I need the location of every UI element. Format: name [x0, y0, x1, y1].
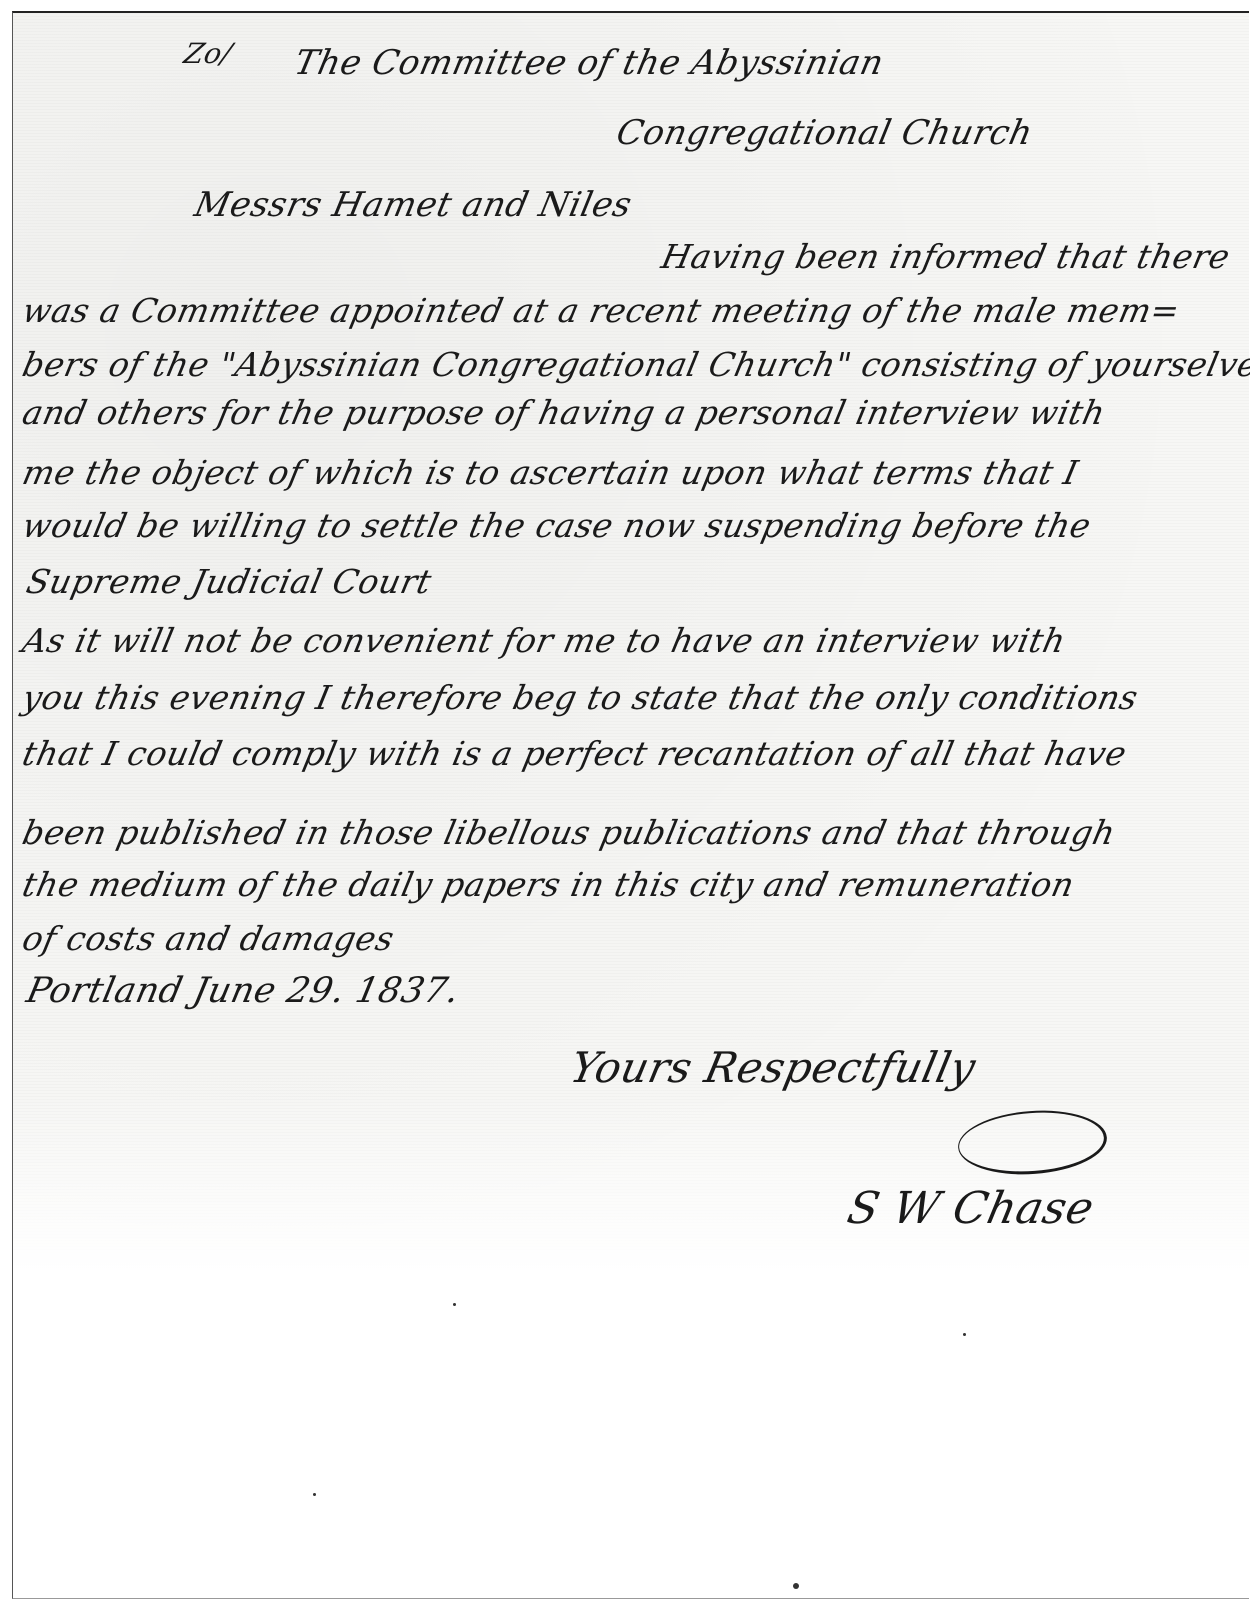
body-line: would be willing to settle the case now … — [19, 506, 1095, 545]
signature: S W Chase — [843, 1183, 1099, 1234]
body-line: bers of the "Abyssinian Congregational C… — [19, 345, 1250, 384]
salutation: Messrs Hamet and Niles — [191, 185, 635, 225]
body-line: and others for the purpose of having a p… — [19, 393, 1109, 432]
body-line: you this evening I therefore beg to stat… — [19, 678, 1142, 717]
body-line: Having been informed that there — [658, 237, 1234, 276]
body-line: of costs and damages — [19, 919, 398, 958]
ink-speck — [313, 1493, 316, 1496]
body-line: Supreme Judicial Court — [23, 562, 435, 601]
dateline: Portland June 29. 1837. — [23, 971, 463, 1011]
closing: Yours Respectfully — [566, 1043, 980, 1092]
body-line: the medium of the daily papers in this c… — [19, 865, 1078, 904]
address-line-1: The Committee of the Abyssinian — [291, 43, 887, 83]
body-line: As it will not be convenient for me to h… — [19, 621, 1069, 660]
body-line: me the object of which is to ascertain u… — [19, 453, 1082, 492]
ink-speck — [453, 1303, 456, 1306]
folio-mark: Zo/ — [181, 37, 235, 70]
body-line: been published in those libellous public… — [19, 813, 1119, 852]
body-line: that I could comply with is a perfect re… — [19, 734, 1130, 773]
ink-speck — [793, 1583, 799, 1589]
body-line: was a Committee appointed at a recent me… — [19, 291, 1183, 330]
letter-page: Zo/ The Committee of the Abyssinian Cong… — [12, 11, 1249, 1599]
address-line-2: Congregational Church — [613, 113, 1036, 153]
ink-speck — [963, 1333, 966, 1336]
